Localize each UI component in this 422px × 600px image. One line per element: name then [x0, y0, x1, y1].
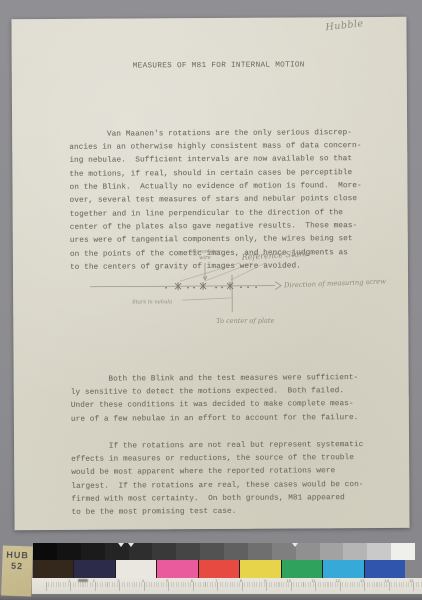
archive-id-line2: 52: [2, 560, 32, 572]
color-calibration-bar: [33, 560, 405, 578]
color-patch: [74, 560, 114, 578]
color-patch: [282, 560, 322, 578]
label-micrometer-wire-2: wire: [199, 255, 211, 261]
ruler-cm-number: 14: [365, 578, 390, 583]
gray-step: [224, 543, 248, 560]
gray-step: [391, 543, 415, 560]
archival-photo: Hubble MEASURES OF M81 FOR INTERNAL MOTI…: [0, 0, 422, 600]
registration-mark: [128, 543, 134, 547]
archive-id-label: HUB 52: [1, 545, 33, 596]
typed-line: to be the most promising test case.: [71, 505, 376, 520]
label-reference-stars: Reference Stars: [241, 249, 308, 262]
ruler-numbers: 123456789101112131415: [46, 578, 414, 583]
registration-mark: [118, 543, 124, 547]
color-patch: [240, 560, 280, 578]
color-patch: [199, 560, 239, 578]
color-patch: [365, 560, 405, 578]
document-page: Hubble MEASURES OF M81 FOR INTERNAL MOTI…: [11, 17, 409, 530]
ruler-cm-number: 1: [46, 578, 71, 583]
label-direction-of-measures: Direction of measuring screw: [283, 277, 387, 289]
ruler-cm-number: 6: [169, 578, 194, 583]
gray-step: [296, 543, 320, 560]
color-patch: [116, 560, 156, 578]
gray-step: [57, 543, 81, 560]
ruler-cm-number: 15: [389, 578, 414, 583]
gray-step: [200, 543, 224, 560]
label-center-of-plate: To center of plate: [216, 317, 274, 325]
ruler-cm-number: 2: [71, 578, 96, 583]
measurement-diagram: Micrometer wire Reference Stars Directio…: [70, 245, 401, 342]
ruler-cm-number: 11: [291, 578, 316, 583]
ruler-cm-number: 5: [144, 578, 169, 583]
micrometer-wire-line: [90, 286, 275, 287]
gray-step: [248, 543, 272, 560]
ruler-cm-number: 12: [316, 578, 341, 583]
archive-id-line1: HUB: [2, 549, 32, 561]
gray-step: [33, 543, 57, 560]
ruler-cm-number: 4: [120, 578, 145, 583]
gray-step: [343, 543, 367, 560]
color-patch: [323, 560, 363, 578]
color-patch: [157, 560, 197, 578]
typed-line: firmed with most certainty. On both grou…: [71, 492, 376, 507]
pencil-signature: Hubble: [325, 18, 364, 33]
ruler-cm-number: 13: [340, 578, 365, 583]
typed-line: over, several test measures of stars and…: [70, 193, 375, 208]
gray-step: [367, 543, 391, 560]
metric-ruler: 123456789101112131415: [32, 578, 422, 594]
ruler-cm-number: 9: [242, 578, 267, 583]
label-stars-in-nebula: Stars in nebula: [132, 299, 172, 305]
gray-step: [81, 543, 105, 560]
gray-step: [105, 543, 129, 560]
gray-step: [320, 543, 344, 560]
color-patch: [33, 560, 73, 578]
grayscale-step-wedge: [33, 543, 415, 560]
ruler-cm-number: 10: [267, 578, 292, 583]
ruler-cm-number: 3: [95, 578, 120, 583]
paragraph-3: If the rotations are not real but repres…: [71, 399, 377, 521]
page-title: MEASURES OF M81 FOR INTERNAL MOTION: [69, 61, 369, 71]
ruler-cm-number: 7: [193, 578, 218, 583]
photo-edge: [0, 594, 422, 600]
registration-mark: [292, 543, 298, 547]
ruler-cm-number: 8: [218, 578, 243, 583]
gray-step: [152, 543, 176, 560]
gray-step: [176, 543, 200, 560]
